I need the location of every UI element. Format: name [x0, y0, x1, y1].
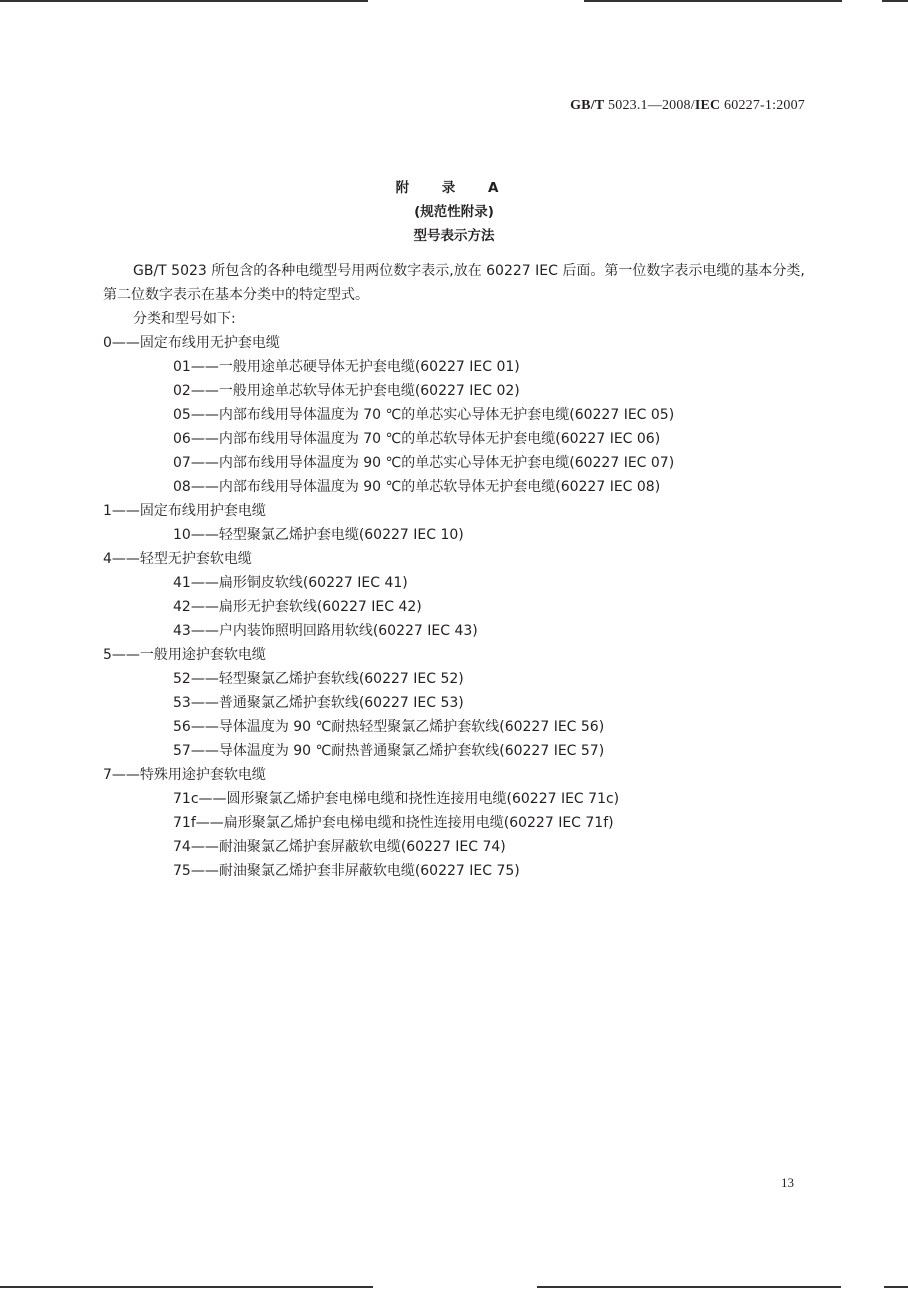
- category-1: 1——固定布线用护套电缆 10——轻型聚氯乙烯护套电缆(60227 IEC 10…: [103, 499, 808, 547]
- category-list: 0——固定布线用无护套电缆 01——一般用途单芯硬导体无护套电缆(60227 I…: [103, 331, 808, 883]
- annex-heading: 型号表示方法: [0, 224, 908, 248]
- document-body: GB/T 5023 所包含的各种电缆型号用两位数字表示,放在 60227 IEC…: [103, 259, 808, 883]
- crop-mark-top-far-right: [882, 0, 908, 2]
- list-item: 53——普通聚氯乙烯护套软线(60227 IEC 53): [103, 691, 808, 715]
- category-0: 0——固定布线用无护套电缆 01——一般用途单芯硬导体无护套电缆(60227 I…: [103, 331, 808, 499]
- category-label: 5——一般用途护套软电缆: [103, 643, 808, 667]
- iec-number: 60227-1:2007: [724, 98, 805, 113]
- page-number: 13: [781, 1175, 794, 1191]
- standard-prefix: GB/T: [570, 98, 604, 113]
- crop-mark-bottom-far-right: [884, 1286, 908, 1288]
- list-item: 08——内部布线用导体温度为 90 ℃的单芯软导体无护套电缆(60227 IEC…: [103, 475, 808, 499]
- list-item: 43——户内装饰照明回路用软线(60227 IEC 43): [103, 619, 808, 643]
- list-item: 02——一般用途单芯软导体无护套电缆(60227 IEC 02): [103, 379, 808, 403]
- crop-mark-bottom-right: [537, 1286, 841, 1288]
- crop-mark-top-left: [0, 0, 368, 2]
- list-item: 10——轻型聚氯乙烯护套电缆(60227 IEC 10): [103, 523, 808, 547]
- crop-mark-bottom-left: [0, 1286, 373, 1288]
- list-item: 71f——扁形聚氯乙烯护套电梯电缆和挠性连接用电缆(60227 IEC 71f): [103, 811, 808, 835]
- standard-code-header: GB/T 5023.1—2008/IEC 60227-1:2007: [570, 98, 805, 114]
- list-item: 41——扁形铜皮软线(60227 IEC 41): [103, 571, 808, 595]
- category-label: 0——固定布线用无护套电缆: [103, 331, 808, 355]
- annex-title: 附 录 A: [0, 176, 908, 200]
- crop-mark-top-right: [584, 0, 842, 2]
- list-item: 56——导体温度为 90 ℃耐热轻型聚氯乙烯护套软线(60227 IEC 56): [103, 715, 808, 739]
- list-item: 07——内部布线用导体温度为 90 ℃的单芯实心导体无护套电缆(60227 IE…: [103, 451, 808, 475]
- annex-title-block: 附 录 A (规范性附录) 型号表示方法: [0, 176, 908, 248]
- list-item: 42——扁形无护套软线(60227 IEC 42): [103, 595, 808, 619]
- list-item: 75——耐油聚氯乙烯护套非屏蔽软电缆(60227 IEC 75): [103, 859, 808, 883]
- list-item: 05——内部布线用导体温度为 70 ℃的单芯实心导体无护套电缆(60227 IE…: [103, 403, 808, 427]
- iec-prefix: IEC: [695, 98, 721, 113]
- list-item: 71c——圆形聚氯乙烯护套电梯电缆和挠性连接用电缆(60227 IEC 71c): [103, 787, 808, 811]
- category-label: 7——特殊用途护套软电缆: [103, 763, 808, 787]
- list-item: 57——导体温度为 90 ℃耐热普通聚氯乙烯护套软线(60227 IEC 57): [103, 739, 808, 763]
- list-item: 01——一般用途单芯硬导体无护套电缆(60227 IEC 01): [103, 355, 808, 379]
- category-label: 1——固定布线用护套电缆: [103, 499, 808, 523]
- list-item: 06——内部布线用导体温度为 70 ℃的单芯软导体无护套电缆(60227 IEC…: [103, 427, 808, 451]
- annex-subtitle: (规范性附录): [0, 200, 908, 224]
- intro-paragraph: GB/T 5023 所包含的各种电缆型号用两位数字表示,放在 60227 IEC…: [103, 259, 808, 307]
- category-5: 5——一般用途护套软电缆 52——轻型聚氯乙烯护套软线(60227 IEC 52…: [103, 643, 808, 763]
- category-7: 7——特殊用途护套软电缆 71c——圆形聚氯乙烯护套电梯电缆和挠性连接用电缆(6…: [103, 763, 808, 883]
- category-label: 4——轻型无护套软电缆: [103, 547, 808, 571]
- list-item: 74——耐油聚氯乙烯护套屏蔽软电缆(60227 IEC 74): [103, 835, 808, 859]
- intro-lead: 分类和型号如下:: [103, 307, 808, 331]
- standard-number: 5023.1—2008/: [608, 98, 695, 113]
- list-item: 52——轻型聚氯乙烯护套软线(60227 IEC 52): [103, 667, 808, 691]
- category-4: 4——轻型无护套软电缆 41——扁形铜皮软线(60227 IEC 41) 42—…: [103, 547, 808, 643]
